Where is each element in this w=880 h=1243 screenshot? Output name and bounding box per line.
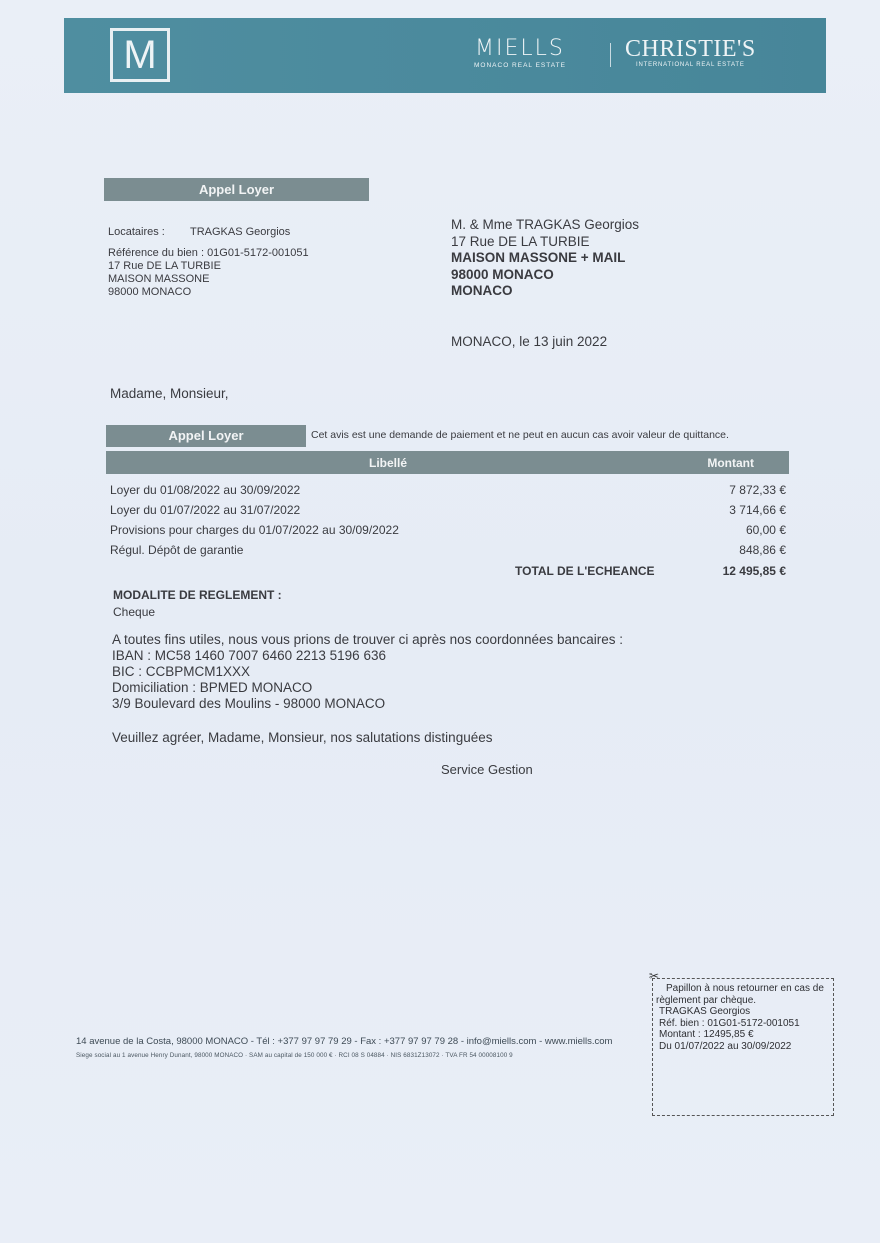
brand-divider <box>610 43 611 67</box>
property-address-line: 17 Rue DE LA TURBIE <box>108 260 309 273</box>
bank-details: A toutes fins utiles, nous vous prions d… <box>112 632 623 712</box>
footer-contact: 14 avenue de la Costa, 98000 MONACO - Té… <box>76 1036 612 1047</box>
tenant-label: Locataires : <box>108 226 165 239</box>
recipient-country: MONACO <box>451 283 639 300</box>
table-row: Régul. Dépôt de garantie 848,86 € <box>110 540 786 560</box>
tenant-name: TRAGKAS Georgios <box>190 226 290 239</box>
table-header: Libellé Montant <box>106 451 789 474</box>
payment-method-title: MODALITE DE REGLEMENT : <box>113 588 282 602</box>
bank-address: 3/9 Boulevard des Moulins - 98000 MONACO <box>112 696 623 712</box>
recipient-city: 98000 MONACO <box>451 267 639 284</box>
property-ref-line: Référence du bien : 01G01-5172-001051 <box>108 247 309 260</box>
bank-domiciliation: Domiciliation : BPMED MONACO <box>112 680 623 696</box>
slip-intro: Papillon à nous retourner en cas de règl… <box>656 983 831 1006</box>
closing-formula: Veuillez agréer, Madame, Monsieur, nos s… <box>112 730 492 745</box>
slip-name: TRAGKAS Georgios <box>659 1006 800 1018</box>
christies-name: CHRISTIE'S <box>625 38 756 60</box>
signature: Service Gestion <box>441 762 533 777</box>
property-address-line: 98000 MONACO <box>108 286 309 299</box>
row-amount: 60,00 € <box>746 520 786 540</box>
payment-method: Cheque <box>113 605 155 619</box>
scissors-icon: ✂ <box>649 971 659 983</box>
header-montant: Montant <box>707 456 754 470</box>
slip-period: Du 01/07/2022 au 30/09/2022 <box>659 1041 800 1053</box>
row-label: Loyer du 01/08/2022 au 30/09/2022 <box>110 483 300 497</box>
letter-page: M MIELLS MONACO REAL ESTATE CHRISTIE'S I… <box>0 0 880 1243</box>
bank-iban: IBAN : MC58 1460 7007 6460 2213 5196 636 <box>112 648 623 664</box>
miells-subtitle: MONACO REAL ESTATE <box>474 62 566 69</box>
row-amount: 3 714,66 € <box>729 500 786 520</box>
christies-subtitle: INTERNATIONAL REAL ESTATE <box>625 62 756 68</box>
payment-notice: Cet avis est une demande de paiement et … <box>311 429 729 441</box>
table-row: Loyer du 01/08/2022 au 30/09/2022 7 872,… <box>110 480 786 500</box>
payment-slip: ✂ Papillon à nous retourner en cas de rè… <box>652 978 834 1116</box>
place-date: MONACO, le 13 juin 2022 <box>451 334 607 349</box>
miells-logo-icon: M <box>110 28 170 82</box>
table-row: Provisions pour charges du 01/07/2022 au… <box>110 520 786 540</box>
slip-amount: Montant : 12495,85 € <box>659 1029 800 1041</box>
property-address-line: MAISON MASSONE <box>108 273 309 286</box>
table-row: Loyer du 01/07/2022 au 31/07/2022 3 714,… <box>110 500 786 520</box>
row-amount: 848,86 € <box>739 540 786 560</box>
miells-name: MIELLS <box>474 38 566 60</box>
row-amount: 7 872,33 € <box>729 480 786 500</box>
footer-legal: Siege social au 1 avenue Henry Dunant, 9… <box>76 1052 513 1059</box>
total-amount: 12 495,85 € <box>723 564 786 578</box>
row-label: Loyer du 01/07/2022 au 31/07/2022 <box>110 503 300 517</box>
total-label: TOTAL DE L'ECHEANCE <box>515 564 655 578</box>
recipient-line3: MAISON MASSONE + MAIL <box>451 250 639 267</box>
recipient-name: M. & Mme TRAGKAS Georgios <box>451 217 639 234</box>
bank-bic: BIC : CCBPMCM1XXX <box>112 664 623 680</box>
slip-details: TRAGKAS Georgios Réf. bien : 01G01-5172-… <box>659 1006 800 1052</box>
row-label: Régul. Dépôt de garantie <box>110 543 243 557</box>
row-label: Provisions pour charges du 01/07/2022 au… <box>110 523 399 537</box>
recipient-street: 17 Rue DE LA TURBIE <box>451 234 639 251</box>
slip-ref: Réf. bien : 01G01-5172-001051 <box>659 1018 800 1030</box>
header-libelle: Libellé <box>369 456 407 470</box>
christies-brand: CHRISTIE'S INTERNATIONAL REAL ESTATE <box>625 38 756 68</box>
property-reference: Référence du bien : 01G01-5172-001051 17… <box>108 247 309 299</box>
bank-intro: A toutes fins utiles, nous vous prions d… <box>112 632 623 648</box>
section-title-bar: Appel Loyer <box>106 425 306 447</box>
header-banner: M MIELLS MONACO REAL ESTATE CHRISTIE'S I… <box>64 18 826 93</box>
recipient-address: M. & Mme TRAGKAS Georgios 17 Rue DE LA T… <box>451 217 639 300</box>
document-title-bar: Appel Loyer <box>104 178 369 201</box>
salutation: Madame, Monsieur, <box>110 386 229 401</box>
charges-table: Loyer du 01/08/2022 au 30/09/2022 7 872,… <box>110 480 786 560</box>
miells-brand: MIELLS MONACO REAL ESTATE <box>474 38 566 69</box>
